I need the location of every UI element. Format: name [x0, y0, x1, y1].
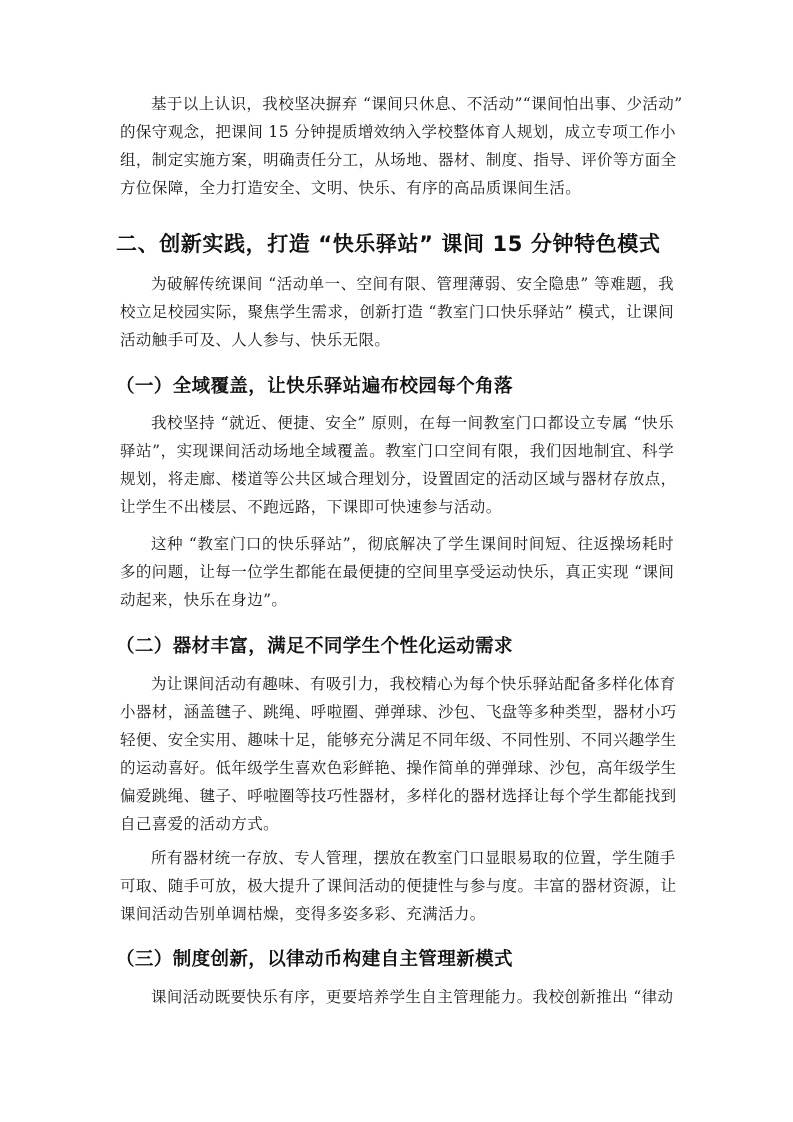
paragraph: 课间活动既要快乐有序，更要培养学生自主管理能力。我校创新推出 “律动 — [120, 983, 674, 1011]
paragraph: 这种 “教室门口的快乐驿站”，彻底解决了学生课间时间短、往返操场耗时 多的问题，… — [120, 530, 674, 614]
text-line: 动起来，快乐在身边”。 — [120, 586, 674, 614]
text-line: 所有器材统一存放、专人管理，摆放在教室门口显眼易取的位置，学生随手 — [120, 844, 674, 872]
text-line: 的保守观念，把课间 15 分钟提质增效纳入学校整体育人规划，成立专项工作小 — [120, 118, 674, 146]
subsection-heading: （三）制度创新，以律动币构建自主管理新模式 — [116, 945, 513, 971]
text-line: 驿站”，实现课间活动场地全域覆盖。教室门口空间有限，我们因地制宜、科学 — [120, 437, 674, 465]
paragraph: 为破解传统课间 “活动单一、空间有限、管理薄弱、安全隐患” 等难题，我 校立足校… — [120, 270, 674, 354]
text-line: 为破解传统课间 “活动单一、空间有限、管理薄弱、安全隐患” 等难题，我 — [120, 270, 674, 298]
paragraph: 为让课间活动有趣味、有吸引力，我校精心为每个快乐驿站配备多样化体育 小器材，涵盖… — [120, 670, 674, 838]
subsection-heading: （二）器材丰富，满足不同学生个性化运动需求 — [116, 632, 513, 658]
text-line: 规划，将走廊、楼道等公共区域合理划分，设置固定的活动区域与器材存放点， — [120, 465, 674, 493]
paragraph: 所有器材统一存放、专人管理，摆放在教室门口显眼易取的位置，学生随手 可取、随手可… — [120, 844, 674, 928]
text-line: 多的问题，让每一位学生都能在最便捷的空间里享受运动快乐，真正实现 “课间 — [120, 558, 674, 586]
text-line: 方位保障，全力打造安全、文明、快乐、有序的高品质课间生活。 — [120, 174, 674, 202]
text-line: 偏爱跳绳、毽子、呼啦圈等技巧性器材，多样化的器材选择让每个学生都能找到 — [120, 782, 674, 810]
section-heading: 二、创新实践，打造 “快乐驿站” 课间 15 分钟特色模式 — [116, 228, 660, 258]
text-line: 自己喜爱的活动方式。 — [120, 810, 674, 838]
text-line: 为让课间活动有趣味、有吸引力，我校精心为每个快乐驿站配备多样化体育 — [120, 670, 674, 698]
text-line: 让学生不出楼层、不跑远路，下课即可快速参与活动。 — [120, 493, 674, 521]
text-line: 小器材，涵盖毽子、跳绳、呼啦圈、弹弹球、沙包、飞盘等多种类型，器材小巧 — [120, 698, 674, 726]
text-line: 这种 “教室门口的快乐驿站”，彻底解决了学生课间时间短、往返操场耗时 — [120, 530, 674, 558]
text-line: 轻便、安全实用、趣味十足，能够充分满足不同年级、不同性别、不同兴趣学生 — [120, 726, 674, 754]
text-line: 课间活动告别单调枯燥，变得多姿多彩、充满活力。 — [120, 900, 674, 928]
text-line: 组，制定实施方案，明确责任分工，从场地、器材、制度、指导、评价等方面全 — [120, 146, 674, 174]
text-line: 基于以上认识，我校坚决摒弃 “课间只休息、不活动”“课间怕出事、少活动” — [120, 90, 674, 118]
text-line: 可取、随手可放，极大提升了课间活动的便捷性与参与度。丰富的器材资源，让 — [120, 872, 674, 900]
paragraph: 我校坚持 “就近、便捷、安全” 原则，在每一间教室门口都设立专属 “快乐 驿站”… — [120, 409, 674, 521]
subsection-heading: （一）全域覆盖，让快乐驿站遍布校园每个角落 — [116, 372, 513, 398]
text-line: 我校坚持 “就近、便捷、安全” 原则，在每一间教室门口都设立专属 “快乐 — [120, 409, 674, 437]
text-line: 校立足校园实际，聚焦学生需求，创新打造 “教室门口快乐驿站” 模式，让课间 — [120, 298, 674, 326]
text-line: 课间活动既要快乐有序，更要培养学生自主管理能力。我校创新推出 “律动 — [120, 983, 674, 1011]
text-line: 的运动喜好。低年级学生喜欢色彩鲜艳、操作简单的弹弹球、沙包，高年级学生 — [120, 754, 674, 782]
text-line: 活动触手可及、人人参与、快乐无限。 — [120, 326, 674, 354]
paragraph-intro: 基于以上认识，我校坚决摒弃 “课间只休息、不活动”“课间怕出事、少活动” 的保守… — [120, 90, 674, 202]
